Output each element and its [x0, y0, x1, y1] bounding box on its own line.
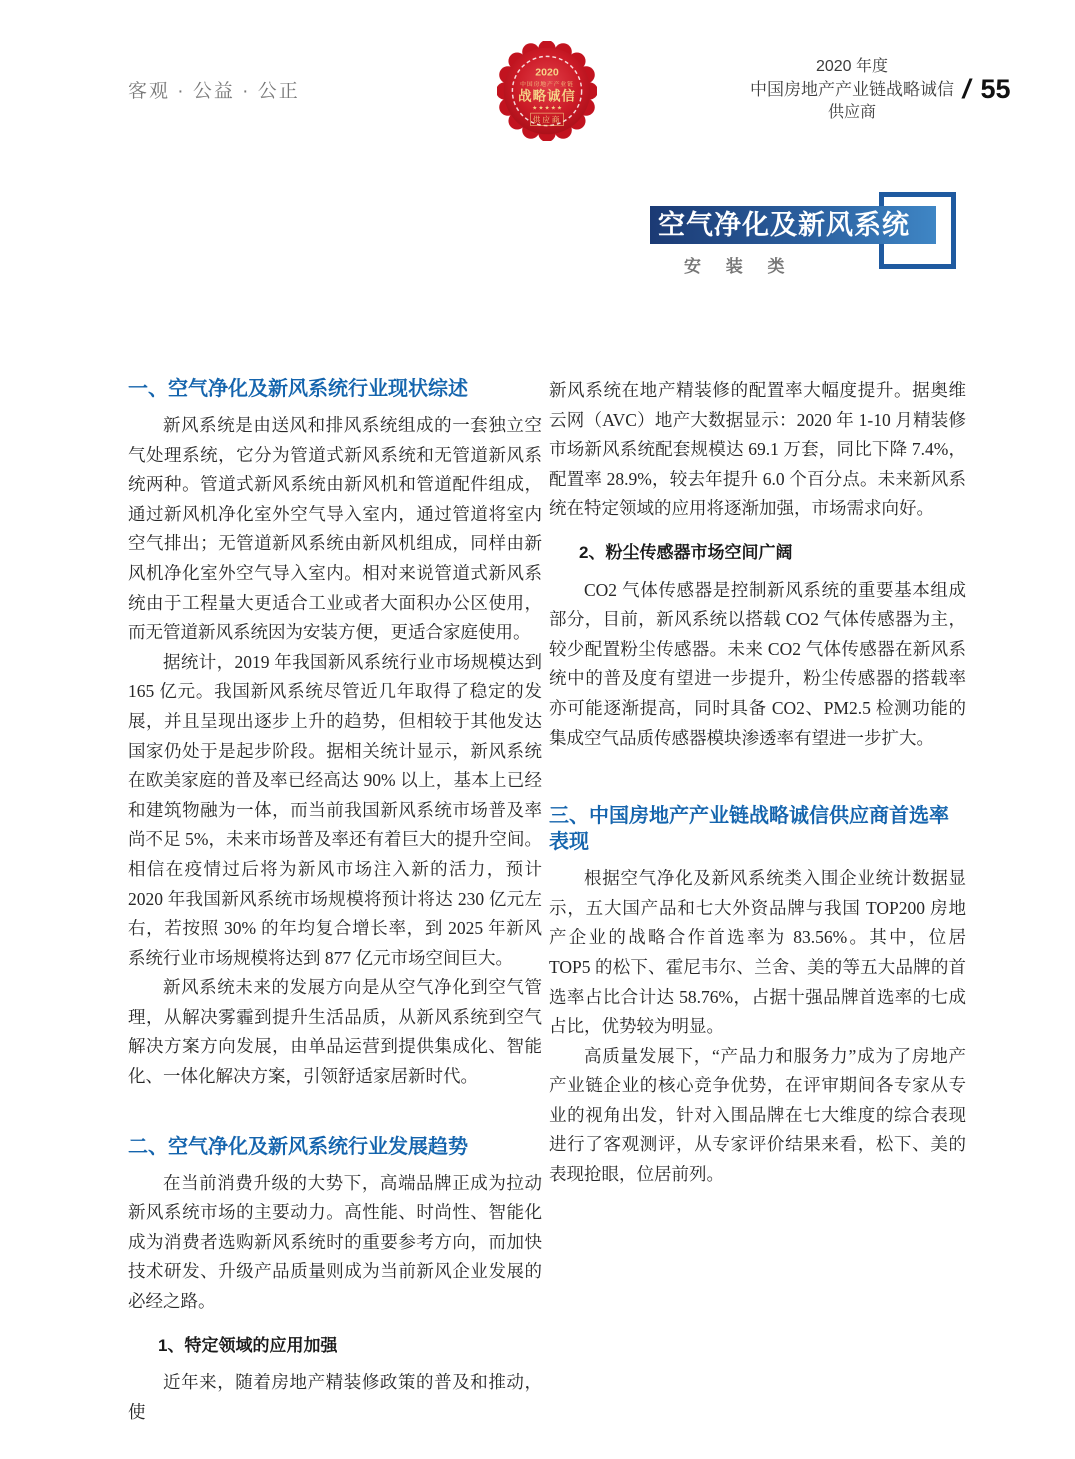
article-left-column: 一、空气净化及新风系统行业现状综述 新风系统是由送风和排风系统组成的一套独立空气…	[128, 376, 542, 1427]
subsection-2-heading: 2、粉尘传感器市场空间广阔	[549, 538, 966, 568]
seal-year: 2020	[535, 67, 559, 79]
edition-title-line: 中国房地产产业链战略诚信	[742, 78, 962, 101]
paragraph: 近年来，随着房地产精装修政策的普及和推动，使	[128, 1368, 542, 1427]
page-number: / 55	[963, 74, 1011, 105]
paragraph: 新风系统未来的发展方向是从空气净化到空气管理，从解决雾霾到提升生活品质，从新风系…	[128, 973, 542, 1091]
paragraph: 据统计，2019 年我国新风系统行业市场规模达到 165 亿元。我国新风系统尽管…	[128, 648, 542, 974]
paragraph: 根据空气净化及新风系统类入围企业统计数据显示，五大国产品和七大外资品牌与我国 T…	[549, 864, 966, 1042]
report-page: 客观 · 公益 · 公正 2020 中国房地产产业链 战略诚信 ★ ★ ★ ★ …	[0, 0, 1075, 1459]
section-1-heading: 一、空气净化及新风系统行业现状综述	[128, 376, 542, 402]
paragraph: 新风系统是由送风和排风系统组成的一套独立空气处理系统，它分为管道式新风系统和无管…	[128, 411, 542, 648]
page-number-value: 55	[981, 74, 1011, 105]
paragraph: CO2 气体传感器是控制新风系统的重要基本组成部分，目前，新风系统以搭载 CO2…	[549, 576, 966, 754]
edition-block: 2020 年度 中国房地产产业链战略诚信 供应商	[742, 55, 962, 124]
seal-main-text: 战略诚信	[518, 88, 576, 104]
subcategory-label: 安 装 类	[684, 252, 794, 277]
section-2-heading: 二、空气净化及新风系统行业发展趋势	[128, 1134, 542, 1160]
subsection-1-heading: 1、特定领域的应用加强	[128, 1331, 542, 1361]
category-title-bar: 空气净化及新风系统类	[650, 206, 936, 244]
section-3-heading: 三、中国房地产产业链战略诚信供应商首选率表现	[549, 803, 966, 855]
seal-bottom-label: 供应商	[533, 114, 562, 124]
article-right-column: 新风系统在地产精装修的配置率大幅度提升。据奥维云网（AVC）地产大数据显示：20…	[549, 376, 966, 1190]
paragraph: 在当前消费升级的大势下，高端品牌正成为拉动新风系统市场的主要动力。高性能、时尚性…	[128, 1169, 542, 1317]
paragraph: 新风系统在地产精装修的配置率大幅度提升。据奥维云网（AVC）地产大数据显示：20…	[549, 376, 966, 524]
header-slogan: 客观 · 公益 · 公正	[128, 76, 300, 103]
seal-stars: ★ ★ ★ ★ ★	[532, 105, 562, 111]
paragraph: 高质量发展下，“产品力和服务力”成为了房地产产业链企业的核心竞争优势，在评审期间…	[549, 1042, 966, 1190]
strategic-integrity-seal-icon: 2020 中国房地产产业链 战略诚信 ★ ★ ★ ★ ★ 供应商	[497, 41, 597, 141]
edition-supplier-line: 供应商	[742, 101, 962, 124]
edition-year-line: 2020 年度	[742, 55, 962, 78]
seal-org: 中国房地产产业链	[520, 80, 574, 88]
